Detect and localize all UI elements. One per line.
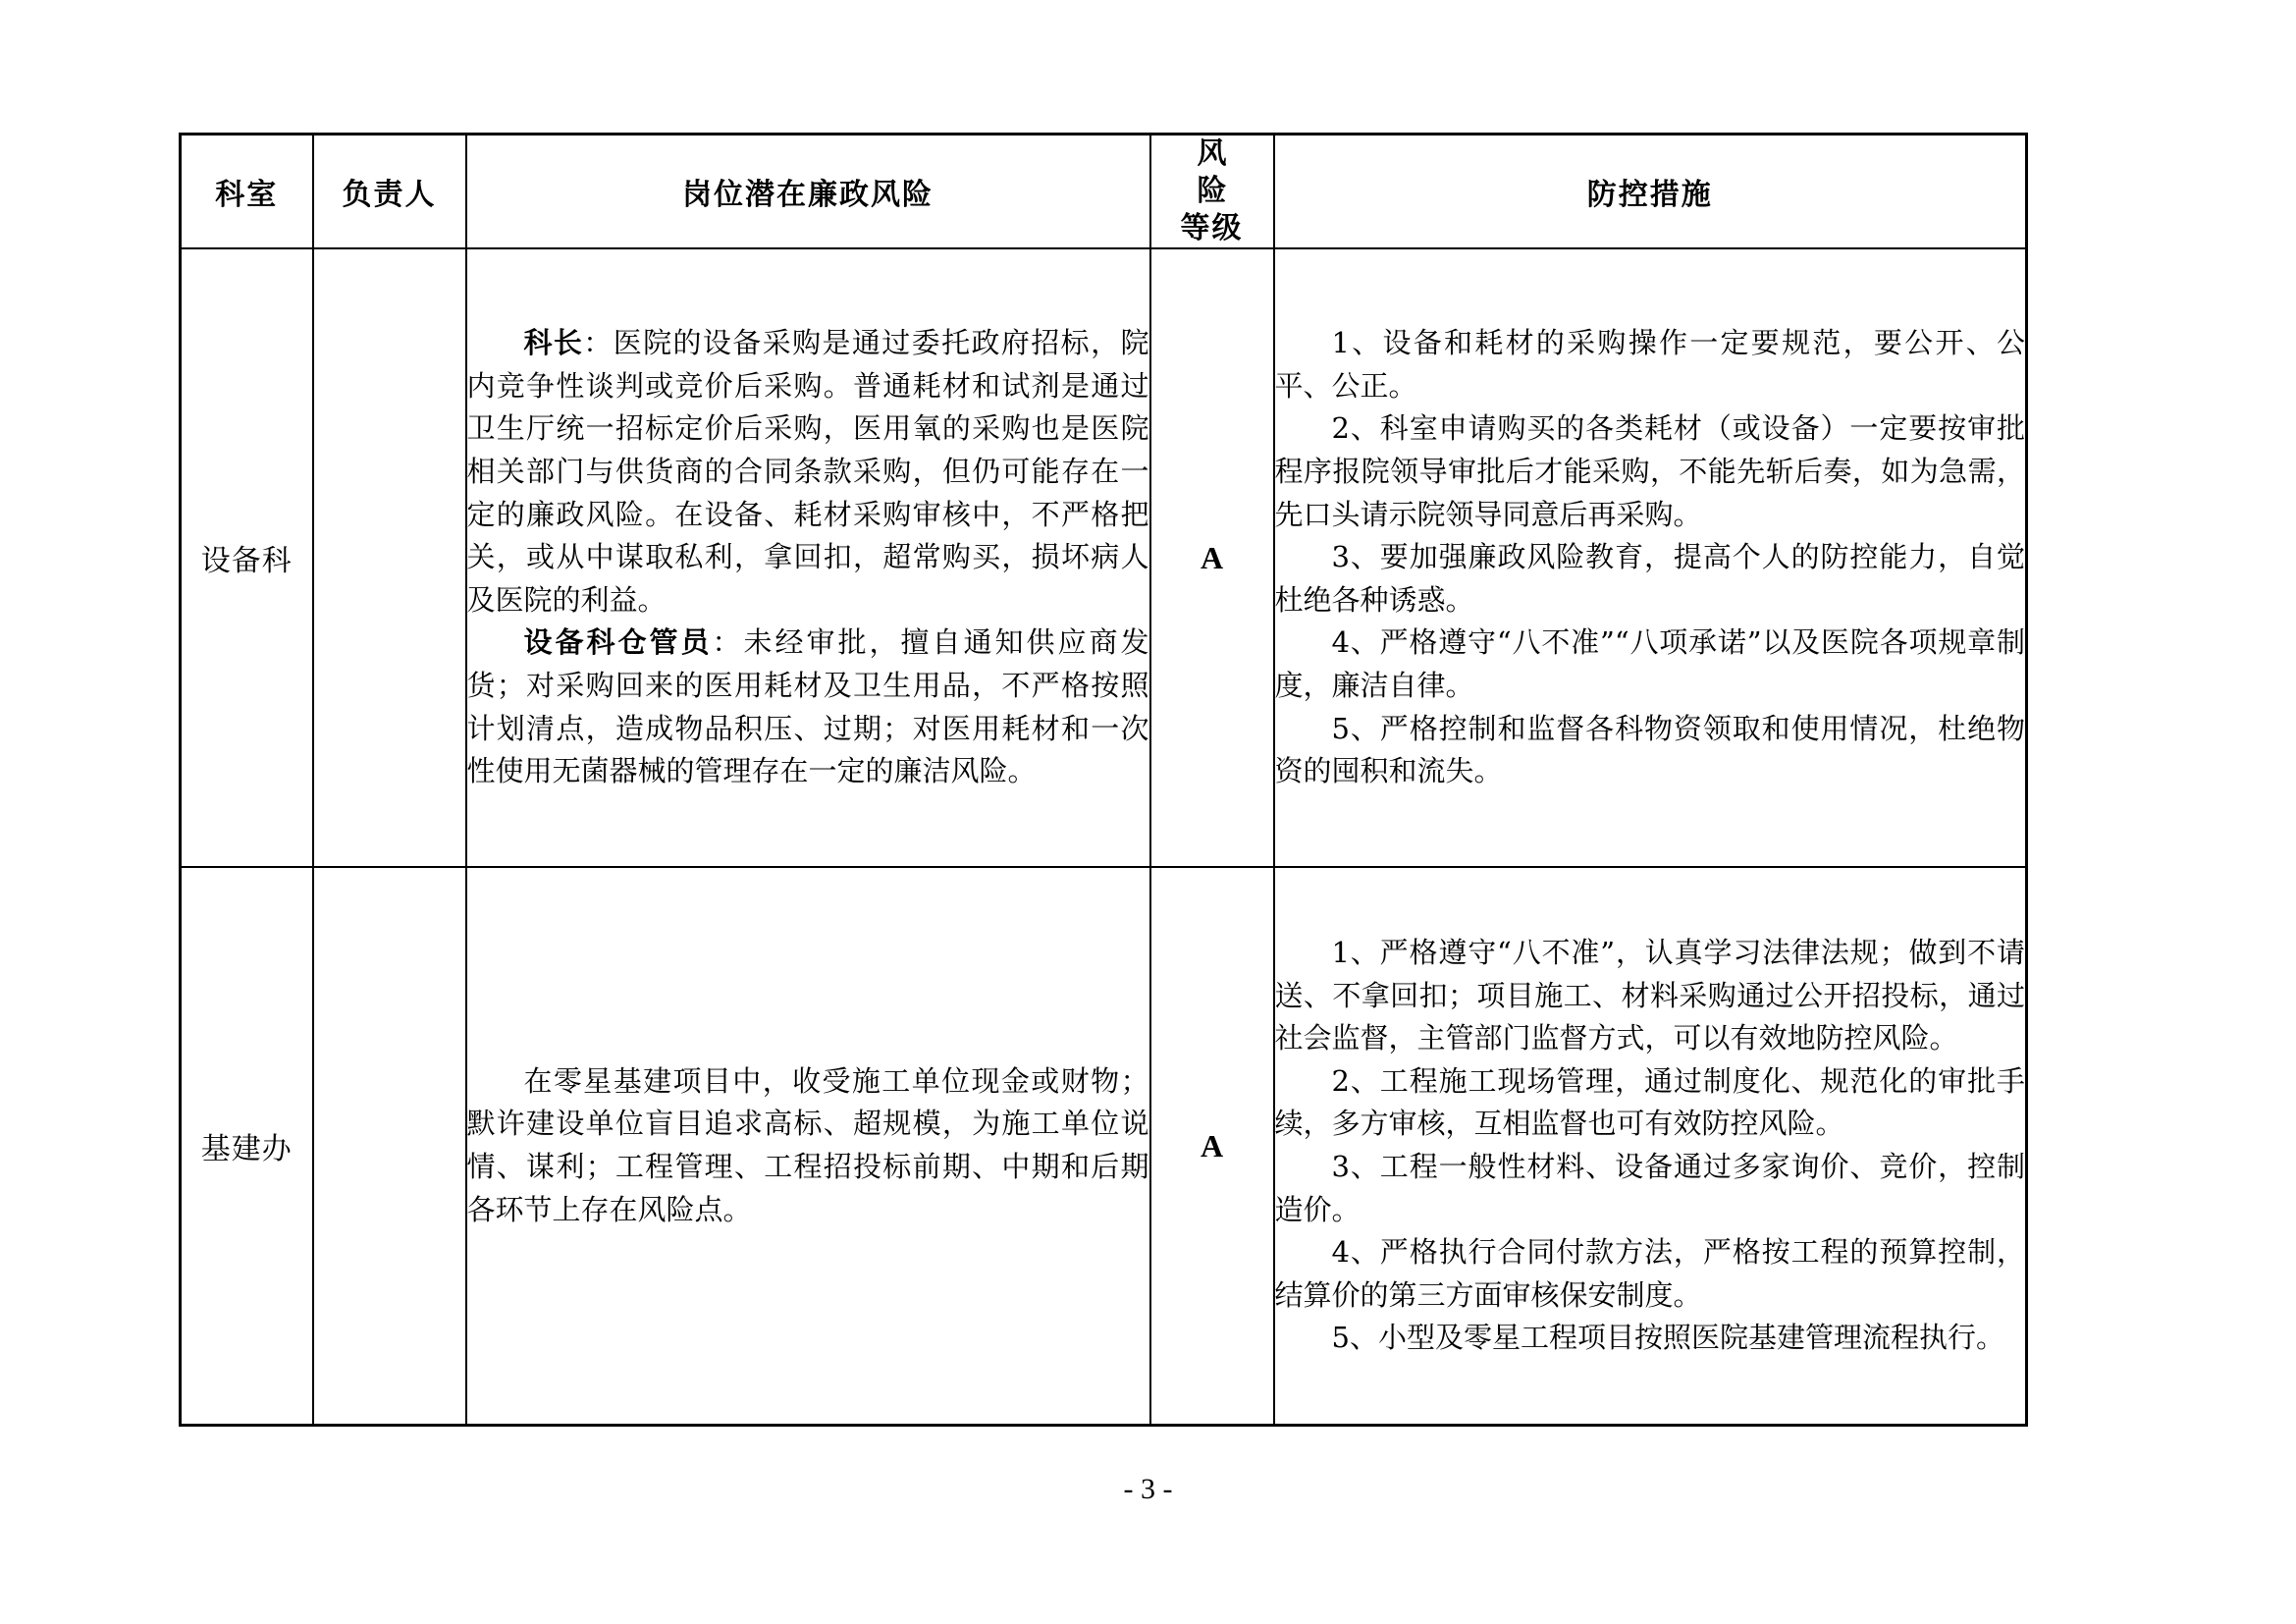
- table-row: 设备科 科长：医院的设备采购是通过委托政府招标，院内竞争性谈判或竞价后采购。普通…: [181, 248, 2027, 867]
- measure-item: 2、科室申请购买的各类耗材（或设备）一定要按审批程序报院领导审批后才能采购，不能…: [1275, 407, 2026, 536]
- department-cell: 设备科: [181, 248, 313, 867]
- measure-item: 4、严格执行合同付款方法，严格按工程的预算控制，结算价的第三方面审核保安制度。: [1275, 1231, 2026, 1317]
- risk-paragraph: 设备科仓管员：未经审批，擅自通知供应商发货；对采购回来的医用耗材及卫生用品，不严…: [467, 622, 1149, 792]
- person-in-charge-cell: [313, 248, 466, 867]
- risk-control-table: 科室 负责人 岗位潜在廉政风险 风 险 等级 防控措施 设备科 科长：医院的设备…: [179, 133, 2028, 1427]
- risk-text: 医院的设备采购是通过委托政府招标，院内竞争性谈判或竞价后采购。普通耗材和试剂是通…: [467, 326, 1149, 617]
- potential-risk-cell: 科长：医院的设备采购是通过委托政府招标，院内竞争性谈判或竞价后采购。普通耗材和试…: [466, 248, 1150, 867]
- risk-level-cell: A: [1150, 248, 1274, 867]
- header-risk-level: 风 险 等级: [1150, 135, 1274, 249]
- risk-paragraph: 科长：医院的设备采购是通过委托政府招标，院内竞争性谈判或竞价后采购。普通耗材和试…: [467, 322, 1149, 622]
- department-cell: 基建办: [181, 867, 313, 1426]
- header-department: 科室: [181, 135, 313, 249]
- potential-risk-cell: 在零星基建项目中，收受施工单位现金或财物；默许建设单位盲目追求高标、超规模，为施…: [466, 867, 1150, 1426]
- measure-item: 2、工程施工现场管理，通过制度化、规范化的审批手续，多方审核，互相监督也可有效防…: [1275, 1060, 2026, 1146]
- risk-paragraph: 在零星基建项目中，收受施工单位现金或财物；默许建设单位盲目追求高标、超规模，为施…: [467, 1060, 1149, 1231]
- person-in-charge-cell: [313, 867, 466, 1426]
- header-potential-risk: 岗位潜在廉政风险: [466, 135, 1150, 249]
- measure-item: 1、设备和耗材的采购操作一定要规范，要公开、公平、公正。: [1275, 322, 2026, 407]
- measure-item: 3、要加强廉政风险教育，提高个人的防控能力，自觉杜绝各种诱惑。: [1275, 536, 2026, 622]
- header-risk-level-line1: 风 险: [1151, 135, 1273, 210]
- page-number: - 3 -: [0, 1473, 2296, 1506]
- risk-separator: ：: [713, 625, 744, 659]
- risk-text: 在零星基建项目中，收受施工单位现金或财物；默许建设单位盲目追求高标、超规模，为施…: [467, 1064, 1149, 1226]
- measure-item: 4、严格遵守“八不准”“八项承诺”以及医院各项规章制度，廉洁自律。: [1275, 622, 2026, 707]
- risk-role: 科长: [524, 326, 584, 359]
- measure-item: 3、工程一般性材料、设备通过多家询价、竞价，控制造价。: [1275, 1146, 2026, 1231]
- risk-separator: ：: [583, 326, 613, 359]
- risk-level-cell: A: [1150, 867, 1274, 1426]
- measure-item: 5、严格控制和监督各科物资领取和使用情况，杜绝物资的囤积和流失。: [1275, 708, 2026, 793]
- table-row: 基建办 在零星基建项目中，收受施工单位现金或财物；默许建设单位盲目追求高标、超规…: [181, 867, 2027, 1426]
- header-prevention: 防控措施: [1274, 135, 2027, 249]
- header-risk-level-line2: 等级: [1151, 210, 1273, 247]
- prevention-cell: 1、严格遵守“八不准”，认真学习法律法规；做到不请送、不拿回扣；项目施工、材料采…: [1274, 867, 2027, 1426]
- header-person-in-charge: 负责人: [313, 135, 466, 249]
- table-header-row: 科室 负责人 岗位潜在廉政风险 风 险 等级 防控措施: [181, 135, 2027, 249]
- prevention-cell: 1、设备和耗材的采购操作一定要规范，要公开、公平、公正。 2、科室申请购买的各类…: [1274, 248, 2027, 867]
- measure-item: 5、小型及零星工程项目按照医院基建管理流程执行。: [1275, 1317, 2026, 1360]
- risk-role: 设备科仓管员: [524, 625, 713, 659]
- measure-item: 1、严格遵守“八不准”，认真学习法律法规；做到不请送、不拿回扣；项目施工、材料采…: [1275, 932, 2026, 1060]
